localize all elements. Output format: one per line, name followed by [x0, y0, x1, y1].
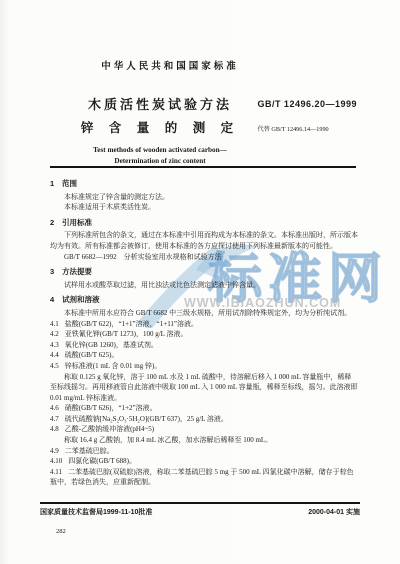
reagent-item-text: 四氯化碳(GB/T 688)。: [68, 457, 136, 465]
section-1-number: 1: [50, 179, 62, 190]
reagent-item-text: 硝酸(GB/T 626)，“1+2”溶液。: [65, 404, 157, 412]
reagent-item-number: 4.3: [50, 341, 59, 349]
reagent-item-number: 4.4: [50, 351, 59, 359]
section-2-label: 引用标准: [62, 218, 92, 227]
reagent-item-number: 4.5: [50, 362, 59, 370]
reagent-item-4-10: 4.10四氯化碳(GB/T 688)。: [50, 456, 358, 467]
reagent-item-4-1: 4.1盐酸(GB/T 622)，“1+1”溶液，“1+11”溶液。: [50, 319, 358, 330]
reagent-item-text: 盐酸(GB/T 622)，“1+1”溶液，“1+11”溶液。: [65, 320, 198, 328]
section-2-number: 2: [50, 218, 62, 229]
implementation-text: 2000-04-01 实施: [308, 507, 360, 517]
reagent-item-text: 氧化锌(GB 1260)，基准试剂。: [65, 341, 158, 349]
reagent-item-4-9: 4.9二苯基硫巴腙。: [50, 446, 358, 457]
section-1-paragraph-1: 本标准规定了锌含量的测定方法。: [50, 192, 358, 203]
national-standard-header: 中华人民共和国国家标准: [0, 58, 340, 72]
title-english: Test methods of wooden activated carbon—…: [0, 145, 320, 167]
section-4-intro: 本标准中所用水应符合 GB/T 6682 中三级水规格，所用试剂除特殊规定外，均…: [50, 308, 358, 319]
reagent-item-number: 4.7: [50, 415, 59, 423]
reagent-4-8-preparation: 称取 16.4 g 乙酸钠，加 8.4 mL 冰乙酸，加水溶解后稀释至 100 …: [50, 435, 358, 446]
page-number: 282: [56, 528, 66, 535]
reagent-item-text: 硫酸(GB/T 625)。: [65, 351, 119, 359]
approval-text: 国家质量技术监督局1999-11-10批准: [40, 507, 152, 517]
section-4-label: 试剂和溶液: [62, 295, 100, 304]
reagent-item-text: 锌标准液(1 mL 含 0.01 mg 锌)。: [65, 362, 162, 370]
reagent-item-number: 4.8: [50, 425, 59, 433]
section-2-reference: GB/T 6682—1992 分析实验室用水规格和试验方法: [50, 252, 358, 263]
reagent-item-4-8: 4.8乙酸-乙酸钠缓冲溶液(pH4~5): [50, 424, 358, 435]
reagent-item-number: 4.9: [50, 447, 59, 455]
document-body: 1范围 本标准规定了锌含量的测定方法。 本标准适用于木质类活性炭。 2引用标准 …: [50, 174, 358, 488]
reagent-item-4-2: 4.2亚铁氰化钾(GB/T 1273)，100 g/L 溶液。: [50, 329, 358, 340]
replaces-standard: 代替 GB/T 12496.14—1990: [257, 124, 357, 133]
header-divider: [50, 166, 356, 168]
reagent-item-text: 硫代硫酸钠[Na₂S₂O₃·5H₂O](GB/T 637)，25 g/L 溶液。: [65, 415, 228, 423]
section-2-paragraph-1: 下列标准所包含的条文，通过在本标准中引用而构成为本标准的条文。本标准出版时，所示…: [50, 230, 358, 251]
standard-code-block: GB/T 12496.20—1999 代替 GB/T 12496.14—1990: [257, 99, 357, 133]
reagent-item-number: 4.1: [50, 320, 59, 328]
reagent-item-4-3: 4.3氧化锌(GB 1260)，基准试剂。: [50, 340, 358, 351]
section-3-number: 3: [50, 267, 62, 278]
section-3-label: 方法提要: [62, 267, 92, 276]
section-1-label: 范围: [62, 179, 77, 188]
section-1-heading: 1范围: [50, 179, 358, 190]
reagent-item-number: 4.10: [50, 457, 62, 465]
section-3-paragraph-1: 试样用水或酸萃取过滤，用比浊法或比色法测定滤液中锌含量。: [50, 280, 358, 291]
standard-document-page: 标准网 WWW.IBIAOZHUN.COM 中华人民共和国国家标准 木质活性炭试…: [0, 0, 400, 564]
reagent-item-number: 4.11: [50, 468, 62, 476]
reagent-item-text: 乙酸-乙酸钠缓冲溶液(pH4~5): [65, 425, 154, 433]
section-3-heading: 3方法提要: [50, 267, 358, 278]
section-1-paragraph-2: 本标准适用于木质类活性炭。: [50, 202, 358, 213]
reagent-item-4-5: 4.5锌标准液(1 mL 含 0.01 mg 锌)。: [50, 361, 358, 372]
reagent-item-4-11: 4.11二苯基硫巴腙(双硫腙)溶液，称取二苯基硫巴腙 5 mg 于 500 mL…: [50, 467, 358, 488]
section-4-heading: 4试剂和溶液: [50, 295, 358, 306]
reagent-item-4-6: 4.6硝酸(GB/T 626)，“1+2”溶液。: [50, 403, 358, 414]
reagent-item-4-4: 4.4硫酸(GB/T 625)。: [50, 350, 358, 361]
standard-number: GB/T 12496.20—1999: [257, 99, 357, 109]
reagent-item-number: 4.2: [50, 330, 59, 338]
title-english-line1: Test methods of wooden activated carbon—: [0, 145, 320, 156]
reagent-item-4-7: 4.7硫代硫酸钠[Na₂S₂O₃·5H₂O](GB/T 637)，25 g/L …: [50, 414, 358, 425]
approval-footer: 国家质量技术监督局1999-11-10批准 2000-04-01 实施: [40, 502, 360, 517]
reagent-4-5-preparation: 称取 0.125 g 氧化锌，溶于 100 mL 水及 1 mL 硫酸中，待溶解…: [50, 372, 358, 404]
reagent-item-text: 亚铁氰化钾(GB/T 1273)，100 g/L 溶液。: [65, 330, 188, 338]
reagent-item-number: 4.6: [50, 404, 59, 412]
reagent-item-text: 二苯基硫巴腙(双硫腙)溶液，称取二苯基硫巴腙 5 mg 于 500 mL 四氯化…: [50, 468, 354, 487]
section-2-heading: 2引用标准: [50, 218, 358, 229]
section-4-number: 4: [50, 295, 62, 306]
reagent-item-text: 二苯基硫巴腙。: [65, 447, 114, 455]
